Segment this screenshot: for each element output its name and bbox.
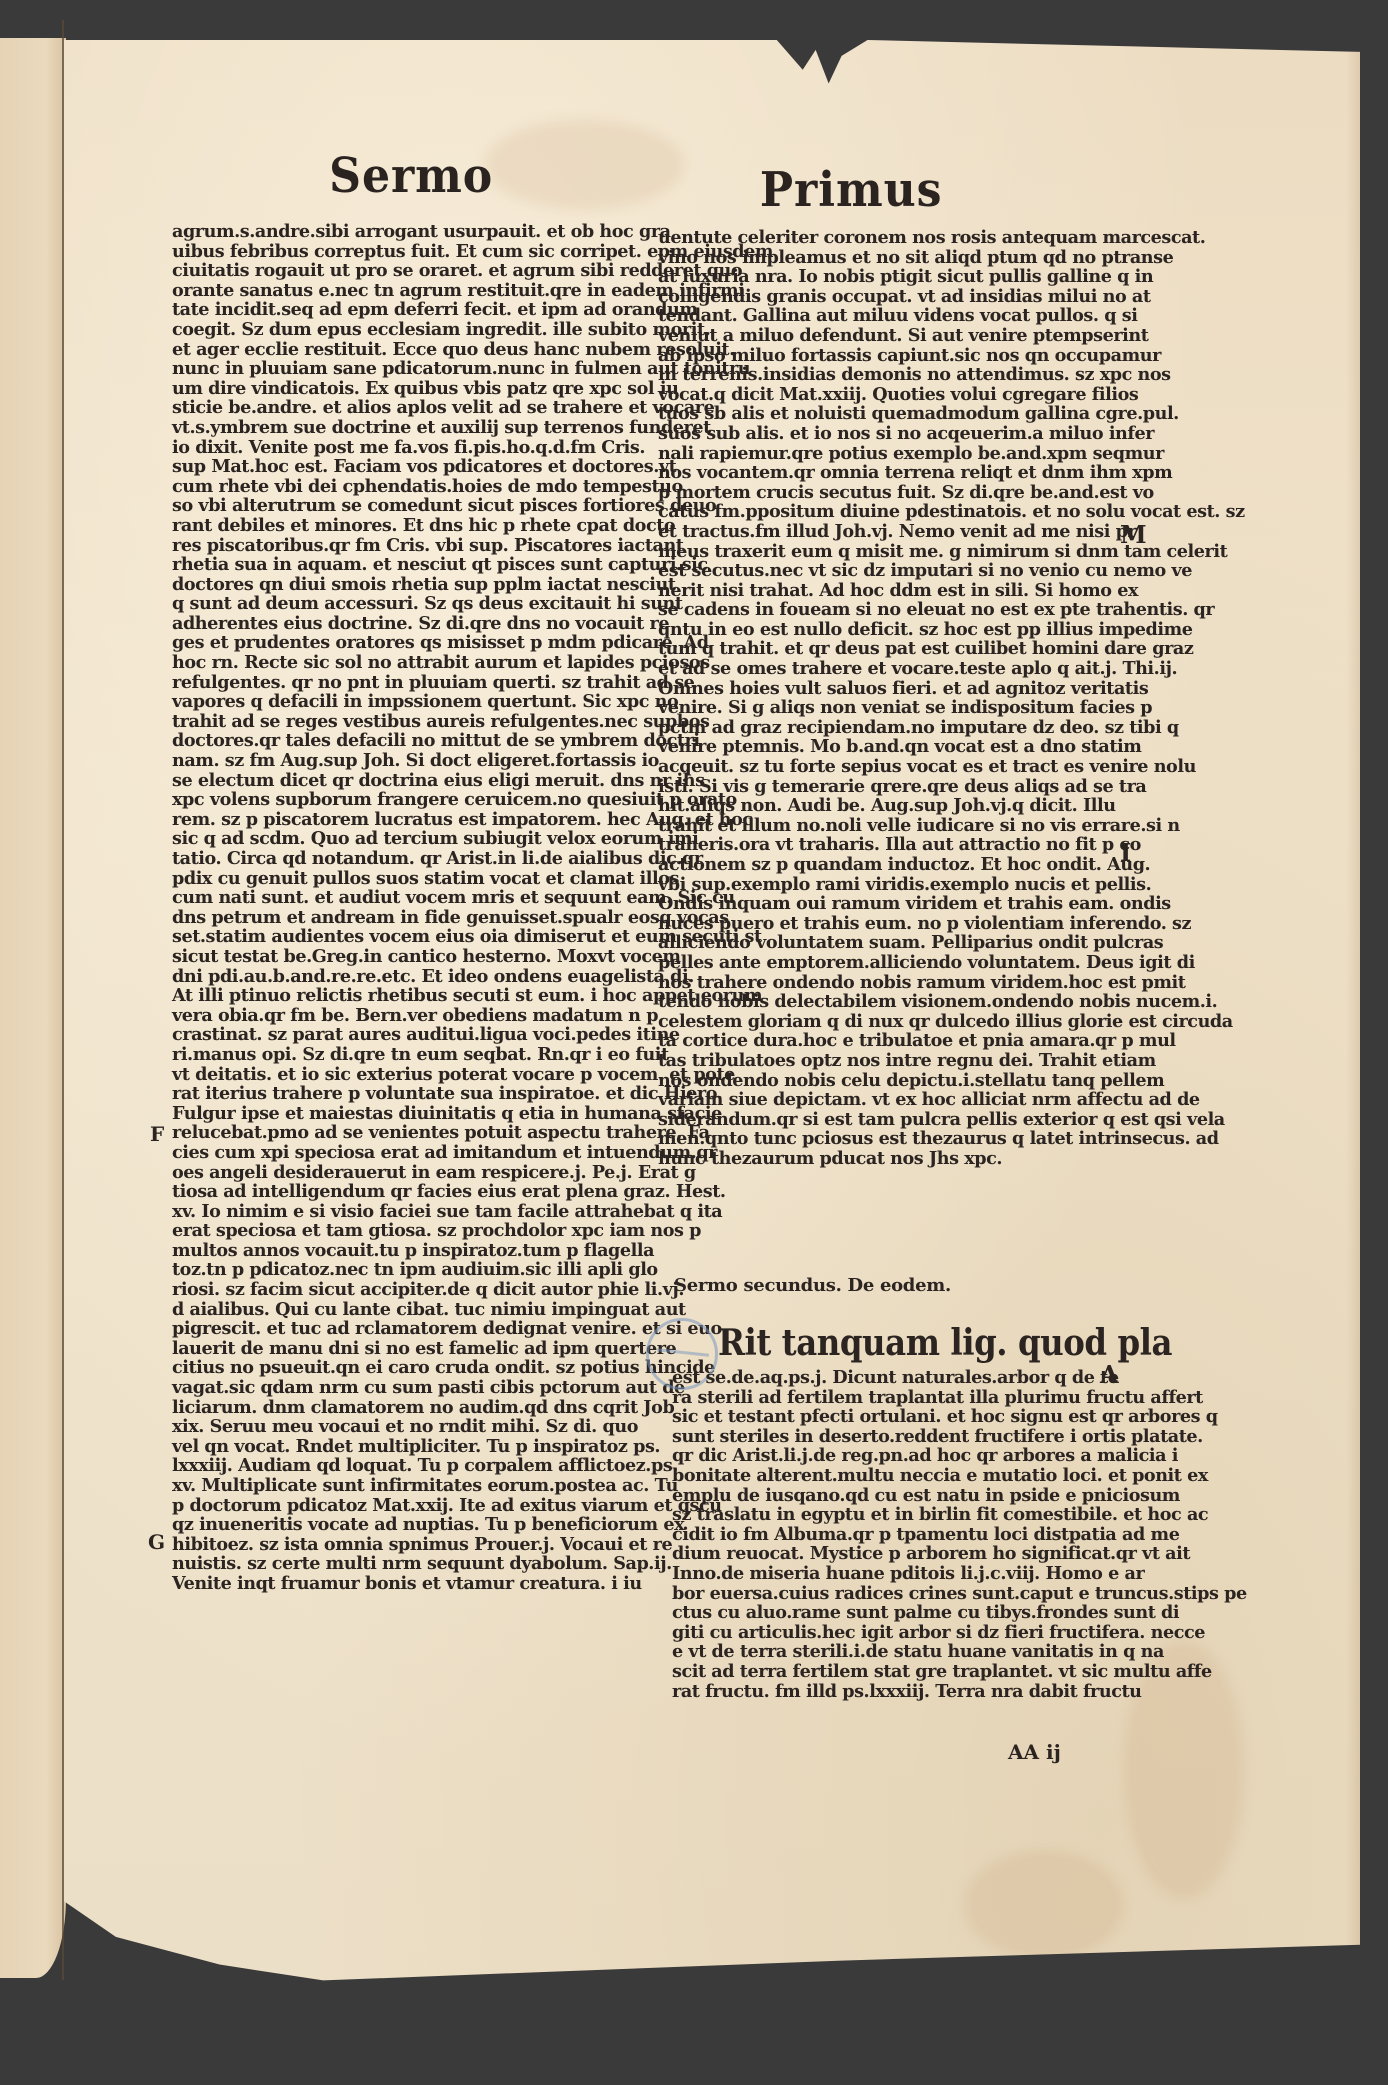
text-line: Venite inqt fruamur bonis et vtamur crea…	[172, 1574, 622, 1594]
text-line: pelles ante emptorem.alliciendo voluntat…	[658, 953, 1128, 973]
text-line: et tractus.fm illud Joh.vj. Nemo venit a…	[658, 522, 1128, 542]
text-line: lauerit de manu dni si no est famelic ad…	[172, 1339, 622, 1359]
text-line: ra sterili ad fertilem traplantat illa p…	[672, 1388, 1247, 1408]
text-line: nuistis. sz certe multi nrm sequunt dyab…	[172, 1554, 622, 1574]
text-line: xpc volens supborum frangere ceruicem.no…	[172, 790, 622, 810]
text-line: d aialibus. Qui cu lante cibat. tuc nimi…	[172, 1300, 622, 1320]
text-line: vbi sup.exemplo rami viridis.exemplo nuc…	[658, 875, 1128, 895]
text-line: io dixit. Venite post me fa.vos fi.pis.h…	[172, 438, 622, 458]
text-line: nos ondendo nobis celu depictu.i.stellat…	[658, 1071, 1128, 1091]
text-line: alliciendo voluntatem suam. Pelliparius …	[658, 933, 1128, 953]
text-line: crastinat. sz parat aures auditui.ligua …	[172, 1025, 622, 1045]
text-line: multos annos vocauit.tu p inspiratoz.tum…	[172, 1241, 622, 1261]
page-edge-shadow	[1346, 40, 1360, 2020]
text-line: Fulgur ipse et maiestas diuinitatis q et…	[172, 1104, 622, 1124]
text-line: at luxuria nra. Io nobis ptigit sicut pu…	[658, 267, 1128, 287]
text-line: pctm ad graz recipiendam.no imputare dz …	[658, 718, 1128, 738]
margin-letter: G	[148, 1530, 165, 1554]
text-line: et ad se omes trahere et vocare.teste ap…	[658, 659, 1128, 679]
text-line: sticie be.andre. et alios aplos velit ad…	[172, 398, 622, 418]
text-line: uibus febribus correptus fuit. Et cum si…	[172, 242, 622, 262]
foxing-stain	[964, 1850, 1124, 1960]
section-heading: Sermo secundus. De eodem.	[674, 1275, 951, 1296]
text-line: cum rhete vbi dei cphendatis.hoies de md…	[172, 477, 622, 497]
text-line: doctores qn diui smois rhetia sup pplm i…	[172, 575, 622, 595]
text-line: ri.manus opi. Sz di.qre tn eum seqbat. R…	[172, 1045, 622, 1065]
margin-letter: I	[1120, 838, 1131, 867]
text-line: q sunt ad deum accessuri. Sz qs deus exc…	[172, 594, 622, 614]
second-sermon-text: est se.de.aq.ps.j. Dicunt naturales.arbo…	[672, 1368, 1247, 1701]
text-line: nunc in pluuiam sane pdicatorum.nunc in …	[172, 359, 622, 379]
text-line: xix. Seruu meu vocaui et no rndit mihi. …	[172, 1417, 622, 1437]
text-line: liciarum. dnm clamatorem no audim.qd dns…	[172, 1398, 622, 1418]
text-line: tas tribulatoes optz nos intre regnu dei…	[658, 1051, 1128, 1071]
text-line: p mortem crucis secutus fuit. Sz di.qre …	[658, 483, 1128, 503]
foxing-stain	[484, 120, 684, 210]
text-line: trahit et illum no.noli velle iudicare s…	[658, 816, 1128, 836]
text-line: uentute celeriter coronem nos rosis ante…	[658, 228, 1128, 248]
text-line: agrum.s.andre.sibi arrogant usurpauit. e…	[172, 222, 622, 242]
text-line: adherentes eius doctrine. Sz di.qre dns …	[172, 614, 622, 634]
text-line: traheris.ora vt traharis. Illa aut attra…	[658, 835, 1128, 855]
text-line: tendant. Gallina aut miluu videns vocat …	[658, 306, 1128, 326]
text-line: ciuitatis rogauit ut pro se oraret. et a…	[172, 261, 622, 281]
text-line: pigrescit. et tuc ad rclamatorem dedigna…	[172, 1319, 622, 1339]
text-line: xv. Multiplicate sunt infirmitates eorum…	[172, 1476, 622, 1496]
text-line: tum q trahit. et qr deus pat est cuilibe…	[658, 639, 1128, 659]
text-line: vera obia.qr fm be. Bern.ver obediens ma…	[172, 1006, 622, 1026]
text-line: actionem sz p quandam inductoz. Et hoc o…	[658, 855, 1128, 875]
text-line: set.statim audientes vocem eius oia dimi…	[172, 927, 622, 947]
text-line: Omnes hoies vult saluos fieri. et ad agn…	[658, 679, 1128, 699]
margin-letter: M	[1120, 520, 1147, 549]
text-line: hoc rn. Recte sic sol no attrabit aurum …	[172, 653, 622, 673]
text-line: vocat.q dicit Mat.xxiij. Quoties volui c…	[658, 385, 1128, 405]
text-line: Inno.de miseria huane pditois li.j.c.vii…	[672, 1564, 1247, 1584]
text-line: nos trahere ondendo nobis ramum viridem.…	[658, 973, 1128, 993]
text-line: emplu de iusqano.qd cu est natu in pside…	[672, 1486, 1247, 1506]
text-line: in terrenis.insidias demonis no attendim…	[658, 365, 1128, 385]
text-line: rat fructu. fm illd ps.lxxxiij. Terra nr…	[672, 1682, 1247, 1702]
gutter-fold	[62, 20, 64, 1980]
text-line: doctores.qr tales defacili no mittut de …	[172, 731, 622, 751]
text-line: giti cu articulis.hec igit arbor si dz f…	[672, 1623, 1247, 1643]
text-line: venire. Si g aliqs non veniat se indispo…	[658, 698, 1128, 718]
text-line: rant debiles et minores. Et dns hic p rh…	[172, 516, 622, 536]
text-line: refulgentes. qr no pnt in pluuiam querti…	[172, 673, 622, 693]
text-line: veniut a miluo defendunt. Si aut venire …	[658, 326, 1128, 346]
text-line: men.qnto tunc pciosus est thezaurus q la…	[658, 1129, 1128, 1149]
text-line: dium reuocat. Mystice p arborem ho signi…	[672, 1544, 1247, 1564]
text-line: ab ipso miluo fortassis capiunt.sic nos …	[658, 346, 1128, 366]
previous-page-edge	[0, 38, 66, 1978]
text-line: catus fm.ppositum diuine pdestinatois. e…	[658, 502, 1128, 522]
text-line: et ager ecclie restituit. Ecce quo deus …	[172, 340, 622, 360]
text-line: colligendis granis occupat. vt ad insidi…	[658, 287, 1128, 307]
text-line: scit ad terra fertilem stat gre traplant…	[672, 1662, 1247, 1682]
text-line: um dire vindicatois. Ex quibus vbis patz…	[172, 379, 622, 399]
running-head-right: Primus	[760, 162, 942, 218]
text-line: cies cum xpi speciosa erat ad imitandum …	[172, 1143, 622, 1163]
text-line: res piscatoribus.qr fm Cris. vbi sup. Pi…	[172, 536, 622, 556]
text-line: erat speciosa et tam gtiosa. sz prochdol…	[172, 1221, 622, 1241]
text-line: celestem gloriam q di nux qr dulcedo ill…	[658, 1012, 1128, 1032]
text-line: hunc thezaurum pducat nos Jhs xpc.	[658, 1149, 1128, 1169]
incipit-line: Rit tanquam lig. quod pla	[718, 1322, 1172, 1364]
text-line: rem. sz p piscatorem lucratus est impato…	[172, 810, 622, 830]
text-line: rhetia sua in aquam. et nesciut qt pisce…	[172, 555, 622, 575]
text-line: riosi. sz facim sicut accipiter.de q dic…	[172, 1280, 622, 1300]
text-line: xv. Io nimim e si visio faciei sue tam f…	[172, 1202, 622, 1222]
text-line: trahit ad se reges vestibus aureis reful…	[172, 712, 622, 732]
text-line: dni pdi.au.b.and.re.re.etc. Et ideo onde…	[172, 967, 622, 987]
text-line: hit.aliqs non. Audi be. Aug.sup Joh.vj.q…	[658, 796, 1128, 816]
text-line: tendo nobis delectabilem visionem.ondend…	[658, 992, 1128, 1012]
margin-letter: A	[1100, 1360, 1119, 1389]
text-line: est secutus.nec vt sic dz imputari si no…	[658, 561, 1128, 581]
text-line: tuos sb alis et noluisti quemadmodum gal…	[658, 404, 1128, 424]
text-line: e vt de terra sterili.i.de statu huane v…	[672, 1642, 1247, 1662]
text-line: ctus cu aluo.rame sunt palme cu tibys.fr…	[672, 1603, 1247, 1623]
text-line: suos sub alis. et io nos si no acqeuerim…	[658, 424, 1128, 444]
text-line: sup Mat.hoc est. Faciam vos pdicatores e…	[172, 457, 622, 477]
right-text-column: uentute celeriter coronem nos rosis ante…	[658, 228, 1128, 1169]
margin-letter: F	[150, 1122, 164, 1146]
text-line: relucebat.pmo ad se venientes potuit asp…	[172, 1123, 622, 1143]
text-line: orante sanatus e.nec tn agrum restituit.…	[172, 281, 622, 301]
text-line: sicut testat be.Greg.in cantico hesterno…	[172, 947, 622, 967]
text-line: nam. sz fm Aug.sup Joh. Si doct eligeret…	[172, 751, 622, 771]
text-line: tate incidit.seq ad epm deferri fecit. e…	[172, 300, 622, 320]
text-line: p doctorum pdicatoz Mat.xxij. Ite ad exi…	[172, 1496, 622, 1516]
text-line: bonitate alterent.multu neccia e mutatio…	[672, 1466, 1247, 1486]
text-line: est se.de.aq.ps.j. Dicunt naturales.arbo…	[672, 1368, 1247, 1388]
text-line: ges et prudentes oratores qs misisset p …	[172, 633, 622, 653]
text-line: vapores q defacili in impssionem quertun…	[172, 692, 622, 712]
text-line: so vbi alterutrum se comedunt sicut pisc…	[172, 496, 622, 516]
text-line: At illi ptinuo relictis rhetibus secuti …	[172, 986, 622, 1006]
text-line: lxxxiij. Audiam qd loquat. Tu p corpalem…	[172, 1456, 622, 1476]
text-line: toz.tn p pdicatoz.nec tn ipm audiuim.sic…	[172, 1260, 622, 1280]
text-line: qz inueneritis vocate ad nuptias. Tu p b…	[172, 1515, 622, 1535]
text-line: sic q ad scdm. Quo ad tercium subiugit v…	[172, 829, 622, 849]
text-line: nerit nisi trahat. Ad hoc ddm est in sil…	[658, 581, 1128, 601]
text-line: nos vocantem.qr omnia terrena reliqt et …	[658, 463, 1128, 483]
text-line: vt deitatis. et io sic exterius poterat …	[172, 1065, 622, 1085]
left-text-column: agrum.s.andre.sibi arrogant usurpauit. e…	[172, 222, 622, 1594]
text-line: variam siue depictam. vt ex hoc alliciat…	[658, 1090, 1128, 1110]
text-line: rat iterius trahere p voluntate sua insp…	[172, 1084, 622, 1104]
text-line: vel qn vocat. Rndet multipliciter. Tu p …	[172, 1437, 622, 1457]
text-line: citius no psueuit.qn ei caro cruda ondit…	[172, 1358, 622, 1378]
text-line: ta cortice dura.hoc e tribulatoe et pnia…	[658, 1031, 1128, 1051]
text-line: tiosa ad intelligendum qr facies eius er…	[172, 1182, 622, 1202]
text-line: oes angeli desiderauerut in eam respicer…	[172, 1163, 622, 1183]
text-line: meus traxerit eum q misit me. g nimirum …	[658, 542, 1128, 562]
text-line: qr dic Arist.li.j.de reg.pn.ad hoc qr ar…	[672, 1446, 1247, 1466]
text-line: Ondis inquam oui ramum viridem et trahis…	[658, 894, 1128, 914]
text-line: dns petrum et andream in fide genuisset.…	[172, 908, 622, 928]
text-line: nali rapiemur.qre potius exemplo be.and.…	[658, 444, 1128, 464]
text-line: vagat.sic qdam nrm cu sum pasti cibis pc…	[172, 1378, 622, 1398]
text-line: bor euersa.cuius radices crines sunt.cap…	[672, 1584, 1247, 1604]
text-line: se cadens in foueam si no eleuat no est …	[658, 600, 1128, 620]
text-line: sz traslatu in egyptu et in birlin fit c…	[672, 1505, 1247, 1525]
text-line: qntu in eo est nullo deficit. sz hoc est…	[658, 620, 1128, 640]
text-line: se electum dicet qr doctrina eius eligi …	[172, 771, 622, 791]
text-line: venire ptemnis. Mo b.and.qn vocat est a …	[658, 737, 1128, 757]
text-line: cidit io fm Albuma.qr p tpamentu loci di…	[672, 1525, 1247, 1545]
text-line: acqeuit. sz tu forte sepius vocat es et …	[658, 757, 1128, 777]
text-line: vt.s.ymbrem sue doctrine et auxilij sup …	[172, 418, 622, 438]
text-line: coegit. Sz dum epus ecclesiam ingredit. …	[172, 320, 622, 340]
text-line: hibitoez. sz ista omnia spnimus Prouer.j…	[172, 1535, 622, 1555]
text-line: isti. Si vis g temerarie qrere.qre deus …	[658, 777, 1128, 797]
signature-mark: AA ij	[1008, 1740, 1061, 1764]
text-line: nuces puero et trahis eum. no p violenti…	[658, 914, 1128, 934]
text-line: sic et testant pfecti ortulani. et hoc s…	[672, 1407, 1247, 1427]
text-line: siderandum.qr si est tam pulcra pellis e…	[658, 1110, 1128, 1130]
text-line: sunt steriles in deserto.reddent fructif…	[672, 1427, 1247, 1447]
text-line: tatio. Circa qd notandum. qr Arist.in li…	[172, 849, 622, 869]
running-head-left: Sermo	[329, 148, 493, 204]
text-line: pdix cu genuit pullos suos statim vocat …	[172, 869, 622, 889]
text-line: vino nos impleamus et no sit aliqd ptum …	[658, 248, 1128, 268]
text-line: cum nati sunt. et audiut vocem mris et s…	[172, 888, 622, 908]
